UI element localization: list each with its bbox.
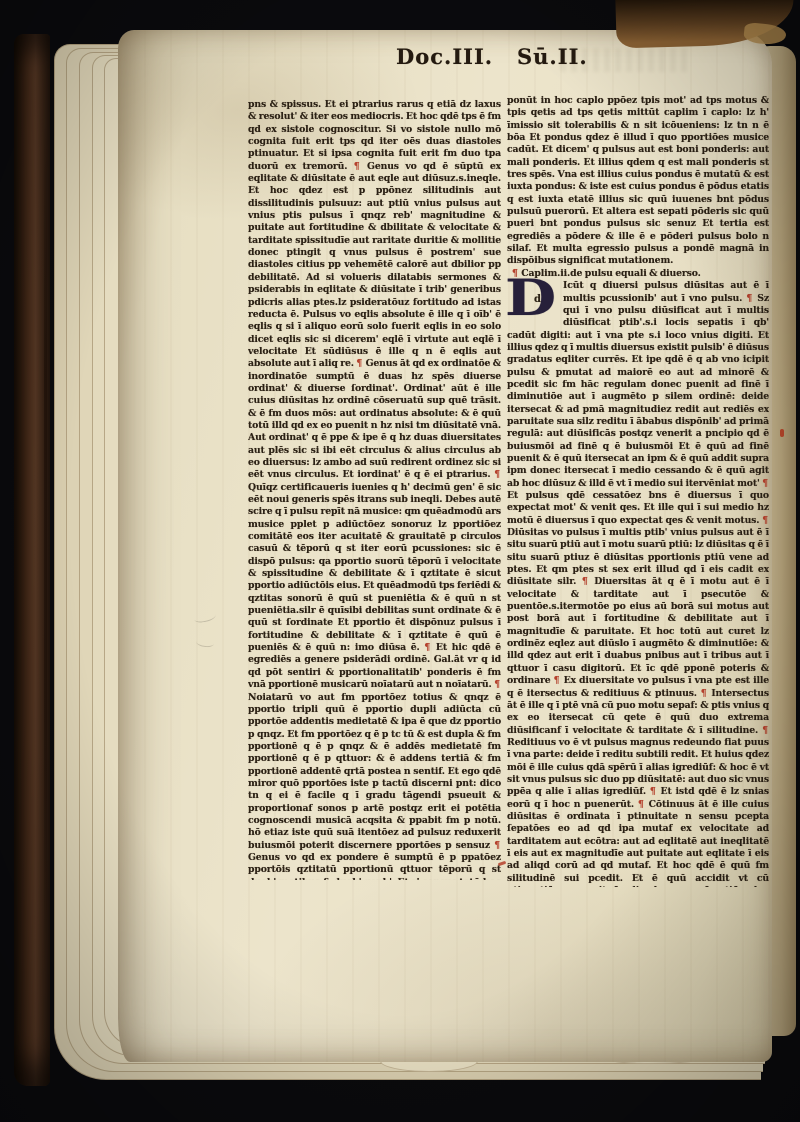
marginalia-scribble xyxy=(194,612,220,652)
marginalia-stroke xyxy=(196,637,215,648)
spine-crack xyxy=(44,120,47,980)
paragraph-2-text: Icūt q diuersi pulsus diūsitas aut ē ī m… xyxy=(507,280,769,887)
drop-cap-initial: Dd xyxy=(507,281,559,319)
running-title-left: Doc.III. xyxy=(396,44,493,69)
drop-cap-guide-letter: d xyxy=(534,294,541,306)
red-ink-speck xyxy=(780,429,784,437)
book-photo: Doc.III. Sū.II. pns & spissus. Et ei ptr… xyxy=(0,0,800,1122)
right-column-paragraph-2: DdIcūt q diuersi pulsus diūsitas aut ē ī… xyxy=(507,280,769,887)
text-column-left: pns & spissus. Et ei ptrarius rarus q et… xyxy=(248,99,501,880)
drop-cap-letter: D xyxy=(507,274,556,322)
text-column-right: ponūt in hoc caplo ppōez tpis mot' ad tp… xyxy=(507,95,769,887)
right-column-paragraph-1: ponūt in hoc caplo ppōez tpis mot' ad tp… xyxy=(507,95,769,268)
running-title-right: Sū.II. xyxy=(517,44,588,69)
marginalia-stroke xyxy=(193,611,216,624)
